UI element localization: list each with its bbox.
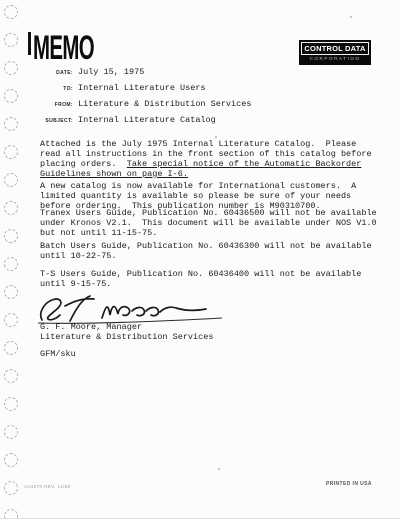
punch-hole (2, 199, 20, 217)
memo-page: MEMO CONTROL DATA CORPORATION DATE: July… (0, 0, 400, 519)
subject-value: Internal Literature Catalog (78, 115, 216, 125)
scan-speck (350, 16, 352, 18)
logo-subtitle: CORPORATION (301, 55, 369, 63)
scan-speck (215, 136, 217, 138)
punch-hole (2, 143, 21, 162)
from-label: FROM: (26, 102, 73, 108)
punch-hole (2, 423, 19, 440)
field-to: TO: Internal Literature Users (26, 83, 356, 99)
scan-artifact (28, 32, 31, 55)
typist-initials: GFM/sku (40, 349, 76, 359)
punch-hole (1, 366, 20, 385)
signature-typed-name: G. F. Moore, Manager Literature & Distri… (40, 323, 213, 342)
memo-title: MEMO (33, 33, 94, 63)
field-subject: SUBJECT: Internal Literature Catalog (26, 115, 356, 131)
punch-hole (1, 170, 21, 190)
date-label: DATE: (26, 70, 73, 76)
from-value: Literature & Distribution Services (78, 99, 251, 109)
punch-hole (3, 340, 18, 355)
control-data-logo: CONTROL DATA CORPORATION (299, 40, 371, 65)
scan-speck (218, 468, 220, 470)
punch-hole (1, 506, 21, 519)
punch-hole (2, 311, 19, 328)
paragraph-international-catalog: A new catalog is now available for Inter… (40, 181, 356, 211)
logo-name: CONTROL DATA (301, 42, 369, 55)
to-label: TO: (26, 86, 73, 92)
paragraph-tranex-guide: Tranex Users Guide, Publication No. 6043… (40, 208, 377, 238)
punch-hole (3, 452, 19, 468)
subject-label: SUBJECT: (26, 118, 73, 124)
punch-hole (4, 5, 18, 19)
punch-hole (2, 255, 21, 274)
punch-hole (1, 478, 20, 497)
punch-hole (2, 31, 20, 49)
to-value: Internal Literature Users (78, 83, 206, 93)
field-date: DATE: July 15, 1975 (26, 67, 356, 83)
punch-hole (1, 282, 21, 302)
punch-hole (2, 87, 20, 105)
punch-hole (4, 229, 19, 244)
date-value: July 15, 1975 (78, 67, 144, 77)
paragraph-ts-guide: T-S Users Guide, Publication No. 6043640… (40, 269, 361, 289)
paragraph-catalog-attached: Attached is the July 1975 Internal Liter… (40, 139, 372, 179)
paragraph-batch-guide: Batch Users Guide, Publication No. 60436… (40, 241, 372, 261)
field-from: FROM: Literature & Distribution Services (26, 99, 356, 115)
punch-hole (4, 117, 18, 131)
punch-hole (1, 394, 21, 414)
memo-header-fields: DATE: July 15, 1975 TO: Internal Literat… (26, 67, 356, 131)
form-number: AA3270 REV. 11/69 (24, 484, 70, 489)
printed-in-usa: PRINTED IN USA (326, 481, 372, 487)
punch-hole (1, 58, 21, 78)
